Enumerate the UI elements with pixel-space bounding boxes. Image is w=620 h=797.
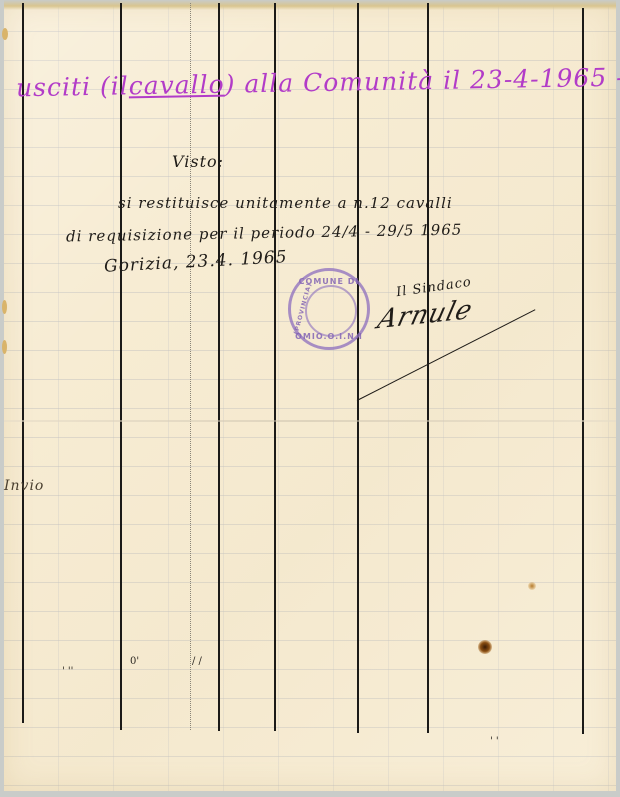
stamp-bottom-text: OMIO.O.I.N.I [291, 332, 367, 341]
column-dotted-rule [190, 3, 191, 730]
ink-stain [528, 582, 536, 590]
header-text-underlined: cavallo [128, 70, 224, 101]
edge-stain [2, 340, 7, 354]
pencil-mark: ' ' [490, 736, 499, 747]
edge-stain [2, 28, 8, 40]
column-rule [427, 3, 429, 733]
column-rule [218, 3, 220, 731]
body-line-1: si restituisce unitamente a n.12 cavalli [118, 194, 453, 212]
header-text-pre: usciti (il [16, 71, 129, 102]
margin-note: Invio [4, 478, 44, 494]
pencil-mark: ' '' [62, 666, 73, 677]
fold-crease [4, 420, 616, 422]
column-rule [274, 3, 276, 731]
stamp-top-text: COMUNE DI [291, 277, 367, 286]
edge-stain [2, 300, 7, 314]
column-rule [22, 3, 24, 723]
pencil-mark: / / [192, 656, 202, 667]
column-rule [120, 3, 122, 730]
column-rule [582, 8, 584, 734]
pencil-mark: 0' [130, 656, 139, 667]
salutation: Visto: [172, 152, 224, 171]
ink-stain [478, 640, 492, 654]
official-stamp: COMUNE DI OMIO.O.I.N.I (PROVINCIA) [288, 268, 370, 350]
column-rule [357, 3, 359, 733]
torn-top-edge [4, 0, 616, 10]
ledger-paper [4, 3, 616, 791]
